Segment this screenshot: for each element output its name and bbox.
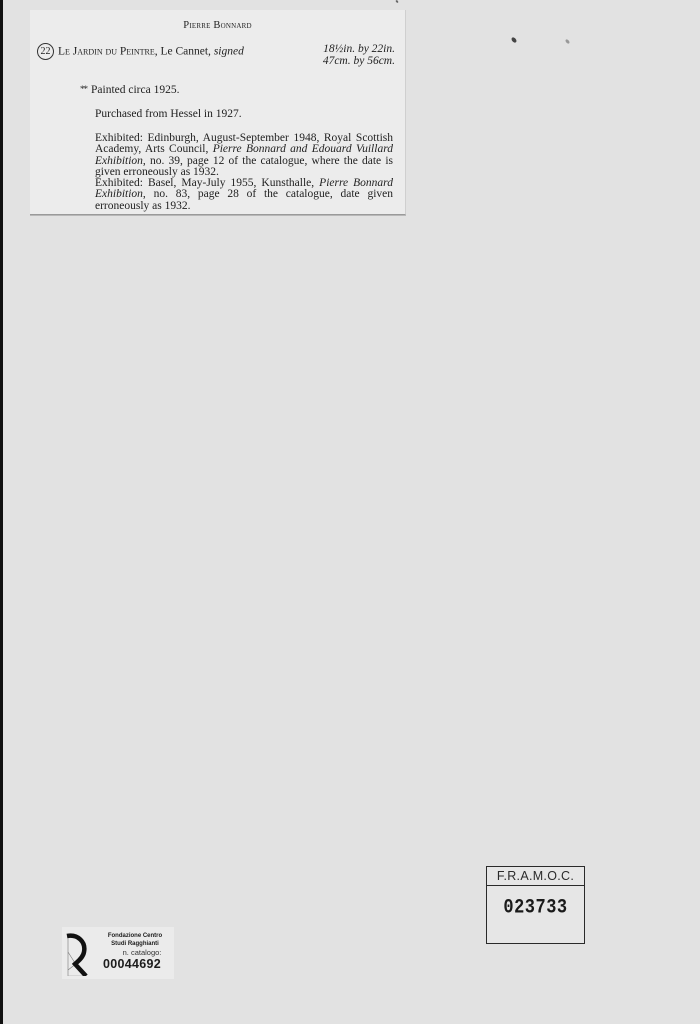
framoc-number: 023733: [487, 897, 584, 920]
signed-note: signed: [214, 46, 244, 58]
scan-speck: [565, 39, 571, 45]
catalog-label: n. catalogo:: [96, 948, 170, 957]
catalog-number: 00044692: [96, 957, 170, 971]
artwork-title: Le Jardin du Peintre: [58, 46, 155, 58]
lot-number-circled: 22: [37, 43, 54, 60]
exhibition-entry: Exhibited: Edinburgh, August-September 1…: [95, 133, 393, 178]
artist-heading: Pierre Bonnard: [30, 20, 405, 31]
artwork-location: , Le Cannet,: [155, 46, 214, 58]
dimensions-metric: 47cm. by 56cm.: [323, 55, 395, 67]
catalogue-clipping: Pierre Bonnard 22Le Jardin du Peintre, L…: [30, 10, 406, 215]
foundation-name: Studi Ragghianti: [96, 940, 170, 948]
framoc-stamp: F.R.A.M.O.C. 023733: [486, 866, 585, 944]
scan-speck: [395, 0, 398, 3]
framoc-label: F.R.A.M.O.C.: [487, 867, 584, 886]
lot-entry: 22Le Jardin du Peintre, Le Cannet, signe…: [37, 43, 395, 60]
date-note: **Painted circa 1925.: [80, 84, 179, 96]
fcsr-text: Fondazione Centro Studi Ragghianti n. ca…: [96, 932, 170, 971]
exhibition-history: Exhibited: Edinburgh, August-September 1…: [95, 133, 393, 212]
dimensions-imperial: 18½in. by 22in.: [323, 43, 395, 55]
scan-speck: [511, 36, 518, 43]
scan-left-edge: [0, 0, 3, 1024]
foundation-name: Fondazione Centro: [96, 932, 170, 940]
artwork-dimensions: 18½in. by 22in. 47cm. by 56cm.: [323, 43, 395, 67]
provenance-note: Purchased from Hessel in 1927.: [95, 108, 242, 120]
fondazione-ragghianti-stamp: Fondazione Centro Studi Ragghianti n. ca…: [62, 927, 174, 979]
date-note-text: Painted circa 1925.: [91, 84, 179, 96]
asterisk-marker: **: [80, 84, 87, 94]
ragghianti-r-logo-icon: [66, 930, 90, 976]
exhibition-entry: Exhibited: Basel, May-July 1955, Kunstha…: [95, 178, 393, 212]
